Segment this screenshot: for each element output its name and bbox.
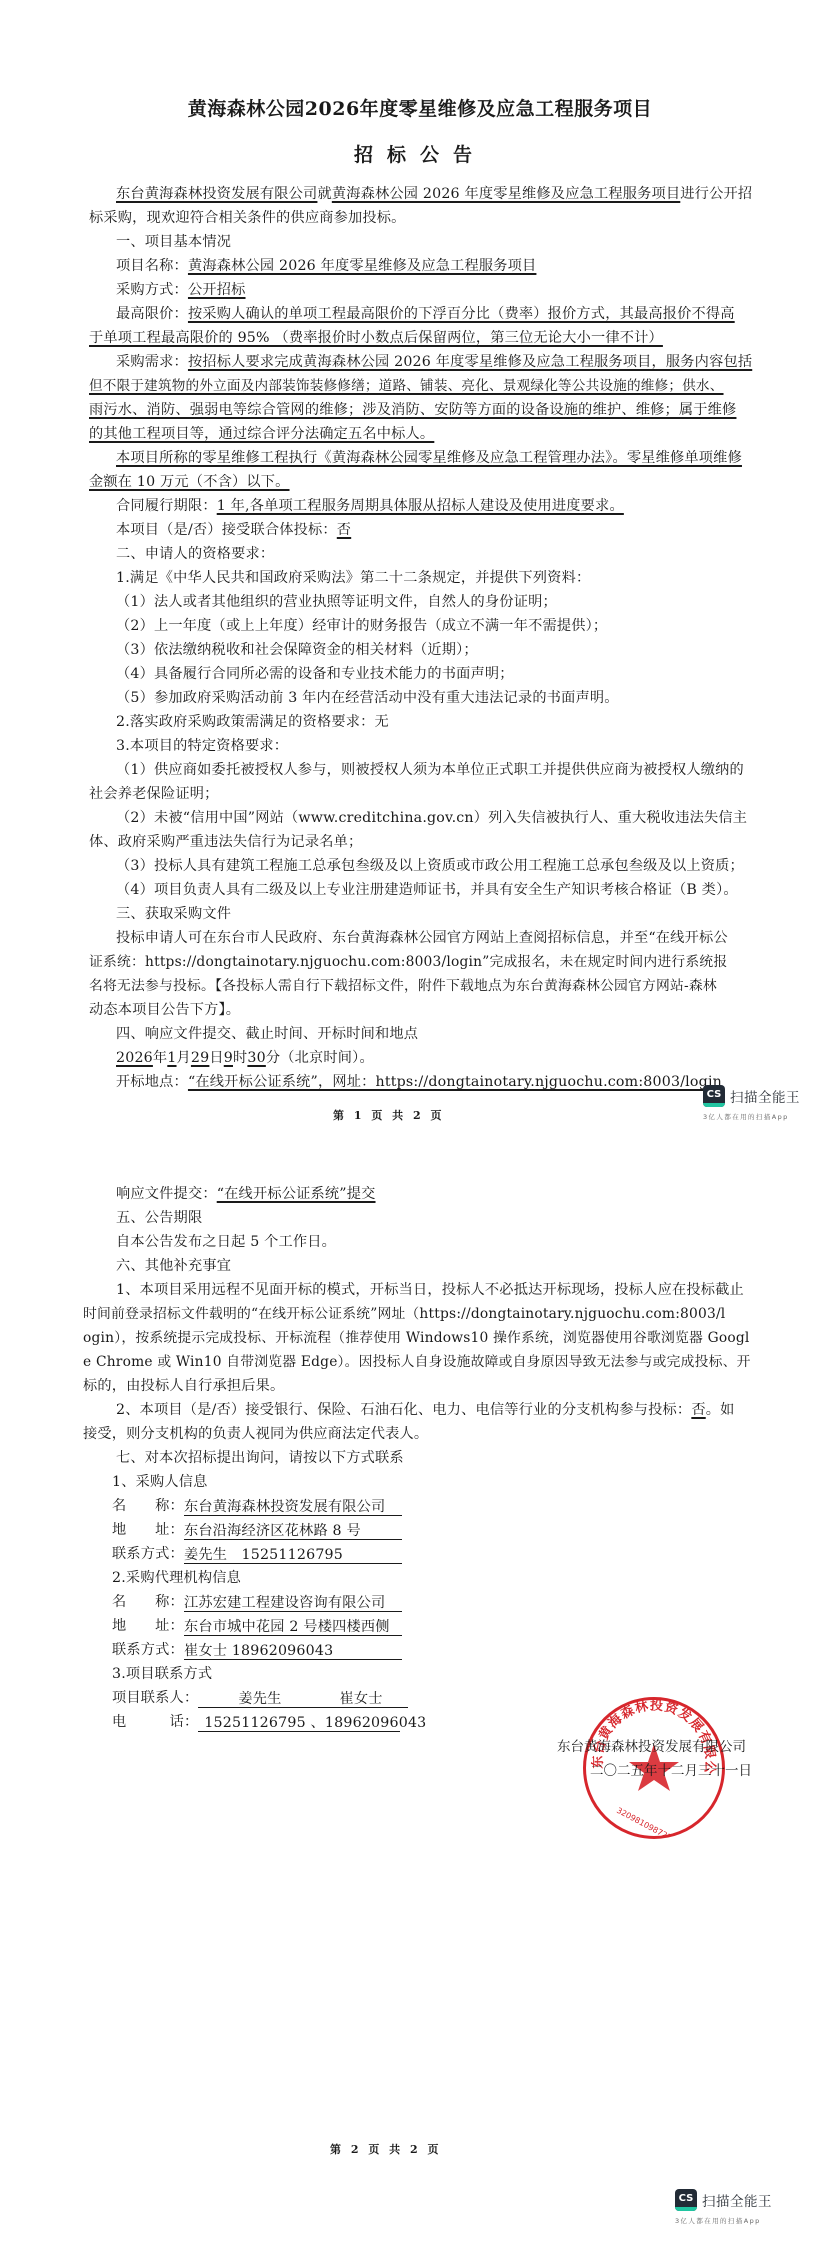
procurement-method-row: 采购方式：公开招标 xyxy=(116,280,246,300)
agency-name-label: 名 称： xyxy=(112,1594,184,1610)
section-3-line-4: 动态本项目公告下方】。 xyxy=(89,1000,240,1020)
item-1-line-3: ogin），按系统提示完成投标、开标流程（推荐使用 Windows10 操作系统… xyxy=(83,1328,749,1348)
qualification-3-item-3: （3）投标人具有建筑工程施工总承包叁级及以上资质或市政公用工程施工总承包叁级及以… xyxy=(116,856,744,876)
project-contact-phone-label: 电 话： xyxy=(112,1714,198,1730)
purchaser-address-row: 地 址：东台沿海经济区花林路 8 号 xyxy=(112,1520,402,1540)
section-4-heading: 四、响应文件提交、截止时间、开标时间和地点 xyxy=(116,1024,418,1044)
agency-name-row: 名 称：江苏宏建工程建设咨询有限公司 xyxy=(112,1592,402,1612)
item-1-line-5: 标的，由投标人自行承担后果。 xyxy=(83,1376,284,1396)
deadline-year: 2026 xyxy=(116,1050,153,1066)
deadline-hour: 9 xyxy=(224,1050,233,1066)
requirement-line-4: 的其他工程项目等，通过综合评分法确定五名中标人。 xyxy=(89,424,434,444)
project-name-value: 黄海森林公园 2026 年度零星维修及应急工程服务项目 xyxy=(188,258,536,274)
section-7-heading: 七、对本次招标提出询问，请按以下方式联系 xyxy=(116,1448,404,1468)
contract-period-label: 合同履行期限： xyxy=(116,498,217,514)
project-name-inline: 黄海森林公园 2026 年度零星维修及应急工程服务项目 xyxy=(332,186,680,202)
deadline-day: 29 xyxy=(191,1050,209,1066)
camscanner-name: 扫描全能王 xyxy=(702,2190,772,2210)
project-contact-heading: 3.项目联系方式 xyxy=(112,1664,212,1684)
intro-tail: 进行公开招 xyxy=(680,186,752,202)
procurement-method-value: 公开招标 xyxy=(188,282,246,298)
qualification-3-item-1-line-2: 社会养老保险证明； xyxy=(89,784,219,804)
qualification-3-item-2-line-2: 体、政府采购严重违法失信行为记录名单； xyxy=(89,832,362,852)
max-price-label: 最高限价： xyxy=(116,306,188,322)
section-3-line-2: 证系统：https://dongtainotary.njguochu.com:8… xyxy=(89,952,727,972)
requirement-label: 采购需求： xyxy=(116,354,188,370)
agency-contact-field: 崔女士 18962096043 xyxy=(184,1641,402,1660)
section-6-heading: 六、其他补充事宜 xyxy=(116,1256,231,1276)
item-2-text: 2、本项目（是/否）接受银行、保险、石油石化、电力、电信等行业的分支机构参与投标… xyxy=(116,1402,691,1418)
qualification-1-item-3: （3）依法缴纳税收和社会保障资金的相关材料（近期）； xyxy=(116,640,478,660)
camscanner-tagline: 3亿人都在用的扫描App xyxy=(675,2216,761,2225)
purchaser-name-label: 名 称： xyxy=(112,1498,184,1514)
section-3-line-1: 投标申请人可在东台市人民政府、东台黄海森林公园官方网站上查阅招标信息，并至“在线… xyxy=(116,928,728,948)
purchaser-contact-field: 姜先生 15251126795 xyxy=(184,1545,402,1564)
submission-label: 响应文件提交： xyxy=(116,1186,217,1202)
procurement-method-label: 采购方式： xyxy=(116,282,188,298)
rules-line-1: 本项目所称的零星维修工程执行《黄海森林公园零星维修及应急工程管理办法》。零星维修… xyxy=(116,448,742,468)
consortium-value: 否 xyxy=(337,522,351,538)
project-contact-phone-row: 电 话：15251126795 、18962096043 xyxy=(112,1712,400,1732)
agency-address-label: 地 址： xyxy=(112,1618,184,1634)
contract-period-row: 合同履行期限：1 年,各单项工程服务周期具体服从招标人建设及使用进度要求。 xyxy=(116,496,624,516)
opening-place-label: 开标地点： xyxy=(116,1074,188,1090)
section-2-heading: 二、申请人的资格要求： xyxy=(116,544,274,564)
svg-text:3209810987257: 3209810987257 xyxy=(615,1806,678,1836)
requirement-line-3: 雨污水、消防、强弱电等综合管网的维修；涉及消防、安防等方面的设备设施的维护、维修… xyxy=(89,400,736,420)
deadline-row: 2026年1月29日9时30分（北京时间）。 xyxy=(116,1048,374,1068)
item-2-line-2: 接受，则分支机构的负责人视同为供应商法定代表人。 xyxy=(83,1424,428,1444)
camscanner-logo-icon: CS xyxy=(675,2189,697,2211)
section-3-line-3: 名将无法参与投标。【各投标人需自行下载招标文件，附件下载地点为东台黄海森林公园官… xyxy=(89,976,717,996)
purchaser-name-value: 东台黄海森林投资发展有限公司 xyxy=(184,1499,385,1515)
qualification-1-item-1: （1）法人或者其他组织的营业执照等证明文件，自然人的身份证明； xyxy=(116,592,557,612)
project-contact-people-field: 姜先生崔女士 xyxy=(198,1689,408,1708)
page-number-2: 第 2 页 共 2 页 xyxy=(330,2141,441,2157)
item-1-line-2: 时间前登录招标文件载明的“在线开标公证系统”网址（https://dongtai… xyxy=(83,1304,725,1324)
qualification-3-item-4: （4）项目负责人具有二级及以上专业注册建造师证书，并具有安全生产知识考核合格证（… xyxy=(116,880,738,900)
purchaser-contact-row: 联系方式：姜先生 15251126795 xyxy=(112,1544,402,1564)
requirement-line-1: 按招标人要求完成黄海森林公园 2026 年度零星维修及应急工程服务项目，服务内容… xyxy=(188,354,752,370)
document-page-1: 黄海森林公园2026年度零星维修及应急工程服务项目 招标公告 东台黄海森林投资发… xyxy=(0,0,840,1160)
project-contact-people-label: 项目联系人： xyxy=(112,1690,198,1706)
contract-period-value: 1 年,各单项工程服务周期具体服从招标人建设及使用进度要求。 xyxy=(217,498,624,514)
agency-contact-label: 联系方式： xyxy=(112,1642,184,1658)
agency-address-row: 地 址：东台市城中花园 2 号楼四楼西侧 xyxy=(112,1616,402,1636)
opening-place-link[interactable]: “在线开标公证系统”，网址：https://dongtainotary.njgu… xyxy=(188,1074,722,1090)
page-number-1: 第 1 页 共 2 页 xyxy=(333,1107,444,1123)
camscanner-logo-icon: CS xyxy=(703,1085,725,1107)
qualification-3-item-1-line-1: （1）供应商如委托被授权人参与，则被授权人须为本单位正式职工并提供供应商为被授权… xyxy=(116,760,744,780)
signature-date: 二〇二五年十二月三十一日 xyxy=(590,1759,752,1779)
document-subtitle: 招标公告 xyxy=(0,140,840,167)
qualification-3-item-2-line-1: （2）未被“信用中国”网站（www.creditchina.gov.cn）列入失… xyxy=(116,808,747,828)
camscanner-tagline: 3亿人都在用的扫描App xyxy=(703,1112,789,1121)
purchaser-address-label: 地 址： xyxy=(112,1522,184,1538)
submission-value: “在线开标公证系统”提交 xyxy=(217,1186,376,1202)
project-contact-person-2: 崔女士 xyxy=(340,1691,383,1707)
section-5-text: 自本公告发布之日起 5 个工作日。 xyxy=(116,1232,336,1252)
item-1-line-4: e Chrome 或 Win10 自带浏览器 Edge）。因投标人自身设施故障或… xyxy=(83,1352,751,1372)
rules-line-2: 金额在 10 万元（不含）以下。 xyxy=(89,472,290,492)
qualification-3: 3.本项目的特定资格要求： xyxy=(116,736,288,756)
purchaser-name-row: 名 称：东台黄海森林投资发展有限公司 xyxy=(112,1496,402,1516)
deadline-day-unit: 日 xyxy=(209,1050,223,1066)
deadline-month: 1 xyxy=(167,1050,176,1066)
section-1-heading: 一、项目基本情况 xyxy=(116,232,231,252)
document-page-2: 响应文件提交：“在线开标公证系统”提交 五、公告期限 自本公告发布之日起 5 个… xyxy=(0,1160,840,2264)
document-title: 黄海森林公园2026年度零星维修及应急工程服务项目 xyxy=(0,94,840,121)
qualification-2: 2.落实政府采购政策需满足的资格要求：无 xyxy=(116,712,389,732)
item-2-line-1: 2、本项目（是/否）接受银行、保险、石油石化、电力、电信等行业的分支机构参与投标… xyxy=(116,1400,735,1420)
project-contact-person-1: 姜先生 xyxy=(238,1691,281,1707)
item-2-value: 否 xyxy=(691,1402,705,1418)
qualification-1: 1.满足《中华人民共和国政府采购法》第二十二条规定，并提供下列资料： xyxy=(116,568,590,588)
intro-line-2: 标采购，现欢迎符合相关条件的供应商参加投标。 xyxy=(89,208,406,228)
requirement-row: 采购需求：按招标人要求完成黄海森林公园 2026 年度零星维修及应急工程服务项目… xyxy=(116,352,752,372)
deadline-hour-unit: 时 xyxy=(233,1050,247,1066)
qualification-1-item-5: （5）参加政府采购活动前 3 年内在经营活动中没有重大违法记录的书面声明。 xyxy=(116,688,619,708)
intro-connector: 就 xyxy=(317,186,331,202)
deadline-minute: 30 xyxy=(247,1050,265,1066)
max-price-row: 最高限价：按采购人确认的单项工程最高限价的下浮百分比（费率）报价方式，其最高报价… xyxy=(116,304,735,324)
deadline-year-unit: 年 xyxy=(153,1050,167,1066)
project-name-label: 项目名称： xyxy=(116,258,188,274)
agency-contact-value: 崔女士 18962096043 xyxy=(184,1643,333,1659)
consortium-label: 本项目（是/否）接受联合体投标： xyxy=(116,522,337,538)
signature-company: 东台黄海森林投资发展有限公司 xyxy=(557,1735,746,1755)
qualification-1-item-2: （2）上一年度（或上上年度）经审计的财务报告（成立不满一年不需提供）； xyxy=(116,616,607,636)
section-5-heading: 五、公告期限 xyxy=(116,1208,202,1228)
agency-heading: 2.采购代理机构信息 xyxy=(112,1568,241,1588)
agency-address-value: 东台市城中花园 2 号楼四楼西侧 xyxy=(184,1619,390,1635)
item-2-post: 。如 xyxy=(706,1402,735,1418)
agency-contact-row: 联系方式：崔女士 18962096043 xyxy=(112,1640,402,1660)
project-name-row: 项目名称：黄海森林公园 2026 年度零星维修及应急工程服务项目 xyxy=(116,256,536,276)
purchaser-contact-value: 姜先生 15251126795 xyxy=(184,1547,343,1563)
requirement-line-2: 但不限于建筑物的外立面及内部装饰装修修缮；道路、铺装、亮化、景观绿化等公共设施的… xyxy=(89,376,724,396)
purchaser-address-value: 东台沿海经济区花林路 8 号 xyxy=(184,1523,361,1539)
project-contact-phone-field: 15251126795 、18962096043 xyxy=(198,1713,400,1732)
item-1-line-1: 1、本项目采用远程不见面开标的模式，开标当日，投标人不必抵达开标现场，投标人应在… xyxy=(116,1280,744,1300)
camscanner-watermark-1: CS 扫描全能王 3亿人都在用的扫描App xyxy=(703,1085,813,1129)
qualification-1-item-4: （4）具备履行合同所必需的设备和专业技术能力的书面声明； xyxy=(116,664,514,684)
agency-name-field: 江苏宏建工程建设咨询有限公司 xyxy=(184,1593,402,1612)
deadline-minute-unit: 分（北京时间）。 xyxy=(266,1050,374,1066)
submission-row: 响应文件提交：“在线开标公证系统”提交 xyxy=(116,1184,376,1204)
deadline-month-unit: 月 xyxy=(177,1050,191,1066)
camscanner-watermark-2: CS 扫描全能王 3亿人都在用的扫描App xyxy=(675,2189,785,2233)
camscanner-name: 扫描全能王 xyxy=(730,1086,800,1106)
agency-name-value: 江苏宏建工程建设咨询有限公司 xyxy=(184,1595,385,1611)
purchaser-name: 东台黄海森林投资发展有限公司 xyxy=(116,186,317,202)
max-price-line-1: 按采购人确认的单项工程最高限价的下浮百分比（费率）报价方式，其最高报价不得高 xyxy=(188,306,735,322)
agency-address-field: 东台市城中花园 2 号楼四楼西侧 xyxy=(184,1617,402,1636)
purchaser-name-field: 东台黄海森林投资发展有限公司 xyxy=(184,1497,402,1516)
section-3-heading: 三、获取采购文件 xyxy=(116,904,231,924)
intro-line-1: 东台黄海森林投资发展有限公司就黄海森林公园 2026 年度零星维修及应急工程服务… xyxy=(116,184,752,204)
purchaser-address-field: 东台沿海经济区花林路 8 号 xyxy=(184,1521,402,1540)
purchaser-contact-label: 联系方式： xyxy=(112,1546,184,1562)
max-price-line-2: 于单项工程最高限价的 95% （费率报价时小数点后保留两位，第三位无论大小一律不… xyxy=(89,328,663,348)
project-contact-phones: 15251126795 、18962096043 xyxy=(204,1715,426,1731)
project-contact-people-row: 项目联系人：姜先生崔女士 xyxy=(112,1688,408,1708)
opening-place-row: 开标地点：“在线开标公证系统”，网址：https://dongtainotary… xyxy=(116,1072,722,1092)
consortium-row: 本项目（是/否）接受联合体投标：否 xyxy=(116,520,351,540)
purchaser-heading: 1、采购人信息 xyxy=(112,1472,208,1492)
